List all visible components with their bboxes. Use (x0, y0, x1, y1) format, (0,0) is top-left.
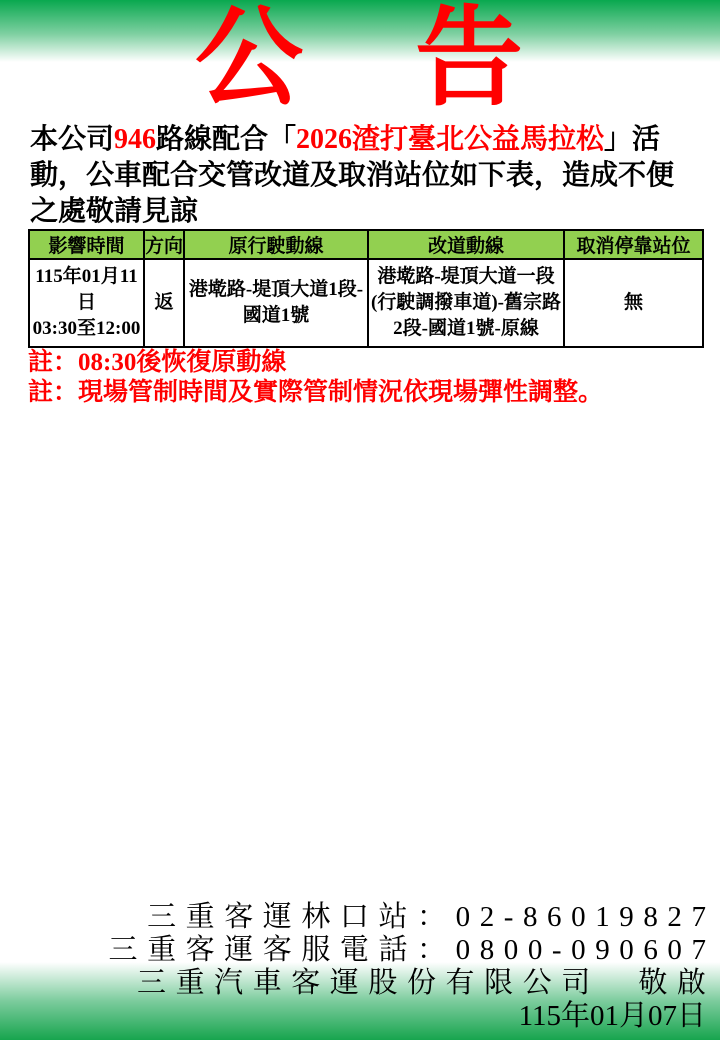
cell-original-route: 港墘路-堤頂大道1段-國道1號 (184, 259, 368, 347)
note-onsite-control: 註：現場管制時間及實際管制情況依現場彈性調整。 (28, 378, 698, 408)
intro-paragraph: 本公司946路線配合「2026渣打臺北公益馬拉松」活動，公車配合交管改道及取消站… (30, 122, 698, 230)
intro-text-1: 本公司 (30, 124, 114, 155)
contact-line-service-phone: 三重客運客服電話：0800-090607 (16, 934, 716, 967)
note-restore-time: 註：08:30後恢復原動線 (28, 348, 698, 378)
notes-block: 註：08:30後恢復原動線 註：現場管制時間及實際管制情況依現場彈性調整。 (28, 348, 698, 408)
contact-line-linkou-station: 三重客運林口站：02-86019827 (16, 901, 716, 934)
intro-text-2: 路線配合「 (156, 124, 296, 155)
detour-table: 影響時間 方向 原行駛動線 改道動線 取消停靠站位 115年01月11日 03:… (28, 229, 704, 348)
page-title: 公 告 (0, 2, 720, 119)
affected-hours: 03:30至12:00 (32, 316, 141, 342)
cell-detour-route: 港墘路-堤頂大道一段(行駛調撥車道)-舊宗路2段-國道1號-原線 (368, 259, 564, 347)
col-header-cancelled-stops: 取消停靠站位 (564, 230, 703, 259)
notice-page: 公 告 本公司946路線配合「2026渣打臺北公益馬拉松」活動，公車配合交管改道… (0, 0, 720, 1040)
notice-date: 115年01月07日 (16, 1000, 706, 1033)
cell-direction: 返 (144, 259, 184, 347)
route-number: 946 (114, 124, 156, 155)
table-header-row: 影響時間 方向 原行駛動線 改道動線 取消停靠站位 (29, 230, 703, 259)
footer-contact-block: 三重客運林口站：02-86019827 三重客運客服電話：0800-090607… (16, 901, 706, 1033)
col-header-direction: 方向 (144, 230, 184, 259)
affected-date: 115年01月11日 (32, 264, 141, 316)
col-header-affected-time: 影響時間 (29, 230, 144, 259)
cell-cancelled-stops: 無 (564, 259, 703, 347)
table-row: 115年01月11日 03:30至12:00 返 港墘路-堤頂大道1段-國道1號… (29, 259, 703, 347)
company-signature: 三重汽車客運股份有限公司 敬啟 (16, 967, 716, 1000)
cell-affected-time: 115年01月11日 03:30至12:00 (29, 259, 144, 347)
col-header-detour-route: 改道動線 (368, 230, 564, 259)
col-header-original-route: 原行駛動線 (184, 230, 368, 259)
event-name: 2026渣打臺北公益馬拉松 (296, 124, 604, 155)
